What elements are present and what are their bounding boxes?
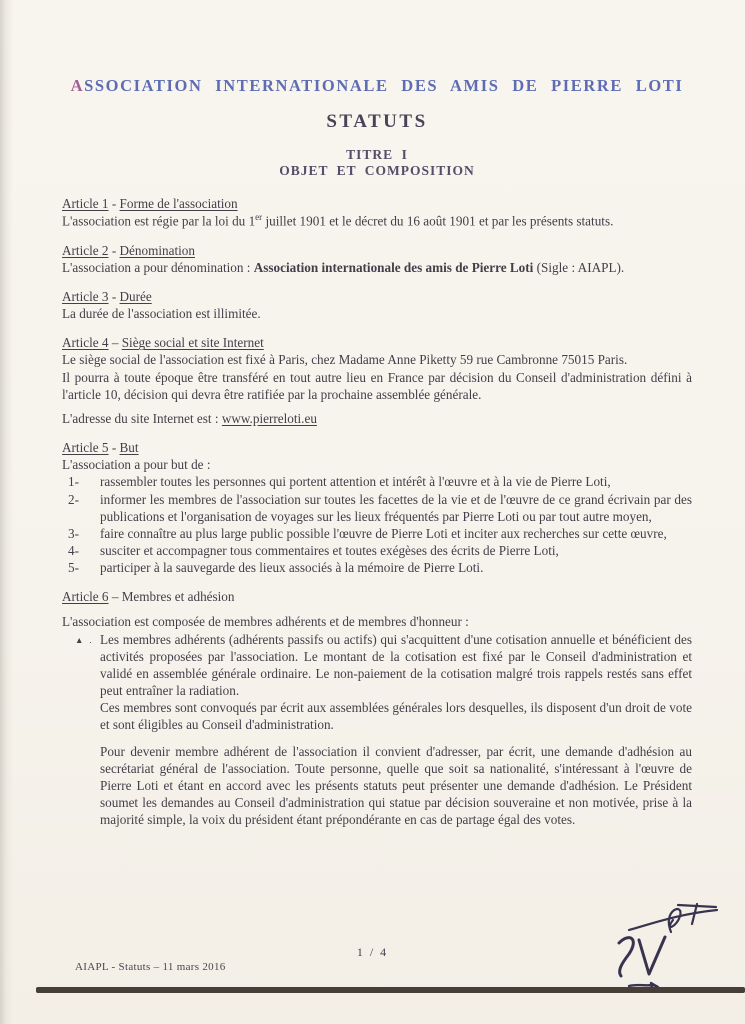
list-item: 5-participer à la sauvegarde des lieux a… bbox=[68, 559, 692, 576]
article-3-body: La durée de l'association est illimitée. bbox=[62, 305, 692, 322]
article-heading-separator: - bbox=[109, 289, 120, 304]
article-label: Article 4 bbox=[62, 335, 109, 350]
list-item: 1-rassembler toutes les personnes qui po… bbox=[68, 473, 692, 490]
article-5-intro: L'association a pour but de : bbox=[62, 456, 692, 473]
article-3: Article 3 - Durée La durée de l'associat… bbox=[62, 288, 692, 322]
article-label: Article 2 bbox=[62, 243, 109, 258]
article-4-paragraph-1: Le siège social de l'association est fix… bbox=[62, 351, 692, 368]
article-6-intro: L'association est composée de membres ad… bbox=[62, 613, 692, 630]
article-4: Article 4 – Siège social et site Interne… bbox=[62, 334, 692, 427]
article-2-body: L'association a pour dénomination : Asso… bbox=[62, 259, 692, 276]
article-title: Forme de l'association bbox=[120, 196, 238, 211]
article-title: Durée bbox=[120, 289, 152, 304]
section-title: TITRE I bbox=[62, 147, 692, 163]
list-item: 2-informer les membres de l'association … bbox=[68, 491, 692, 525]
article-1-heading: Article 1 - Forme de l'association bbox=[62, 195, 692, 212]
article-title: Membres et adhésion bbox=[122, 589, 235, 604]
article-6-heading: Article 6 – Membres et adhésion bbox=[62, 588, 692, 605]
article-1-body: L'association est régie par la loi du 1e… bbox=[62, 212, 692, 230]
article-label: Article 3 bbox=[62, 289, 109, 304]
article-4-paragraph-3: L'adresse du site Internet est : www.pie… bbox=[62, 410, 692, 427]
list-item: 4-susciter et accompagner tous commentai… bbox=[68, 542, 692, 559]
bullet-item: ▲ . Les membres adhérents (adhérents pas… bbox=[75, 631, 692, 734]
article-label: Article 1 bbox=[62, 196, 109, 211]
article-heading-separator: – bbox=[109, 589, 122, 604]
article-title: But bbox=[120, 440, 139, 455]
list-item-text: rassembler toutes les personnes qui port… bbox=[100, 473, 692, 490]
list-item-number: 3- bbox=[68, 525, 100, 542]
article-2-text-cont: (Sigle : AIAPL). bbox=[533, 260, 624, 275]
article-label: Article 5 bbox=[62, 440, 109, 455]
page-title: ASSOCIATION INTERNATIONALE DES AMIS DE P… bbox=[62, 76, 692, 96]
footer-document-reference: AIAPL - Statuts – 11 mars 2016 bbox=[75, 961, 226, 973]
list-item-text: susciter et accompagner tous commentaire… bbox=[100, 542, 692, 559]
list-item-number: 4- bbox=[68, 542, 100, 559]
article-4-heading: Article 4 – Siège social et site Interne… bbox=[62, 334, 692, 351]
article-1: Article 1 - Forme de l'association L'ass… bbox=[62, 195, 692, 230]
list-item-number: 1- bbox=[68, 473, 100, 490]
article-1-text: L'association est régie par la loi du 1 bbox=[62, 214, 255, 229]
bullet-paragraph-2: Ces membres sont convoqués par écrit aux… bbox=[100, 699, 692, 733]
bullet-item-text: Les membres adhérents (adhérents passifs… bbox=[100, 631, 692, 734]
bullet-paragraph-1: Les membres adhérents (adhérents passifs… bbox=[100, 631, 692, 700]
article-4-paragraph-2: Il pourra à toute époque être transféré … bbox=[62, 369, 692, 403]
document-title: STATUTS bbox=[62, 111, 692, 133]
article-5-heading: Article 5 - But bbox=[62, 439, 692, 456]
article-6: Article 6 – Membres et adhésion L'associ… bbox=[62, 588, 692, 828]
scanned-page: ASSOCIATION INTERNATIONALE DES AMIS DE P… bbox=[0, 0, 745, 1024]
article-2-heading: Article 2 - Dénomination bbox=[62, 242, 692, 259]
website-label: L'adresse du site Internet est : bbox=[62, 411, 222, 426]
article-title: Dénomination bbox=[120, 243, 195, 258]
list-item-number: 5- bbox=[68, 559, 100, 576]
article-label: Article 6 bbox=[62, 589, 109, 604]
list-item-text: faire connaître au plus large public pos… bbox=[100, 525, 692, 542]
article-2: Article 2 - Dénomination L'association a… bbox=[62, 242, 692, 276]
article-title: Siège social et site Internet bbox=[122, 335, 264, 350]
list-item-text: participer à la sauvegarde des lieux ass… bbox=[100, 559, 692, 576]
website-url: www.pierreloti.eu bbox=[222, 411, 317, 426]
association-denomination: Association internationale des amis de P… bbox=[254, 260, 534, 275]
section-subtitle: OBJET ET COMPOSITION bbox=[62, 163, 692, 179]
article-heading-separator: – bbox=[109, 335, 122, 350]
article-heading-separator: - bbox=[109, 243, 120, 258]
document-content: ASSOCIATION INTERNATIONALE DES AMIS DE P… bbox=[62, 76, 692, 828]
article-6-paragraph-2: Pour devenir membre adhérent de l'associ… bbox=[100, 743, 692, 829]
scan-left-edge bbox=[0, 0, 13, 1024]
article-3-heading: Article 3 - Durée bbox=[62, 288, 692, 305]
article-2-text: L'association a pour dénomination : bbox=[62, 260, 254, 275]
page-number: 1 / 4 bbox=[0, 945, 745, 960]
article-heading-separator: - bbox=[109, 440, 120, 455]
handwritten-initials-jv-icon bbox=[608, 932, 672, 994]
article-1-text-cont: juillet 1901 et le décret du 16 août 190… bbox=[262, 214, 613, 229]
scan-bottom-edge bbox=[36, 987, 745, 993]
triangle-bullet-icon: ▲ . bbox=[75, 631, 100, 734]
list-item-text: informer les membres de l'association su… bbox=[100, 491, 692, 525]
article-heading-separator: - bbox=[109, 196, 120, 211]
list-item-number: 2- bbox=[68, 491, 100, 525]
article-5: Article 5 - But L'association a pour but… bbox=[62, 439, 692, 576]
list-item: 3-faire connaître au plus large public p… bbox=[68, 525, 692, 542]
